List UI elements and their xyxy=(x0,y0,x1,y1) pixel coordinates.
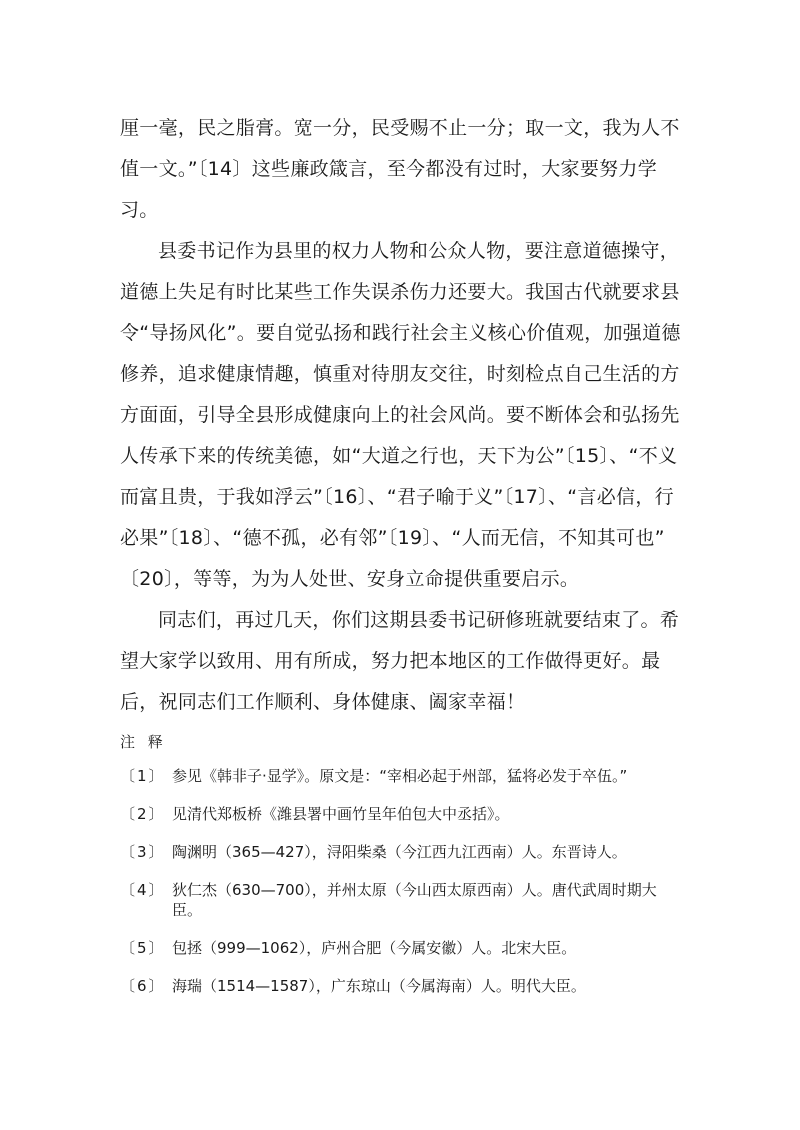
paragraph-1: 厘一毫，民之脂膏。宽一分，民受赐不止一分；取一文，我为人不 值一文。”〔14〕这… xyxy=(120,108,680,231)
note-number: 〔1〕 xyxy=(120,766,172,786)
text-line: 县委书记作为县里的权力人物和公众人物，要注意道德操守， xyxy=(120,231,680,272)
note-text: 包拯（999—1062），庐州合肥（今属安徽）人。北宋大臣。 xyxy=(172,938,680,958)
note-text: 狄仁杰（630—700），并州太原（今山西太原西南）人。唐代武周时期大臣。 xyxy=(172,880,680,920)
note-number: 〔5〕 xyxy=(120,938,172,958)
text-line: 修养，追求健康情趣，慎重对待朋友交往，时刻检点自己生活的方 xyxy=(120,354,680,395)
text-line: 而富且贵，于我如浮云”〔16〕、“君子喻于义”〔17〕、“言必信，行 xyxy=(120,477,680,518)
note-text: 见清代郑板桥《潍县署中画竹呈年伯包大中丞括》。 xyxy=(172,804,680,824)
note-item: 〔2〕 见清代郑板桥《潍县署中画竹呈年伯包大中丞括》。 xyxy=(120,804,680,824)
note-item: 〔6〕 海瑞（1514—1587），广东琼山（今属海南）人。明代大臣。 xyxy=(120,976,680,996)
text-line: 值一文。”〔14〕这些廉政箴言，至今都没有过时，大家要努力学 xyxy=(120,149,680,190)
text-line: 厘一毫，民之脂膏。宽一分，民受赐不止一分；取一文，我为人不 xyxy=(120,108,680,149)
text-line: 必果”〔18〕、“德不孤，必有邻”〔19〕、“人而无信，不知其可也” xyxy=(120,518,680,559)
note-number: 〔2〕 xyxy=(120,804,172,824)
text-line: 后，祝同志们工作顺利、身体健康、阖家幸福！ xyxy=(120,682,680,723)
notes-heading: 注 释 xyxy=(120,731,680,752)
note-number: 〔4〕 xyxy=(120,880,172,920)
note-item: 〔1〕 参见《韩非子·显学》。原文是：“宰相必起于州部，猛将必发于卒伍。” xyxy=(120,766,680,786)
text-line: 人传承下来的传统美德，如“大道之行也，天下为公”〔15〕、“不义 xyxy=(120,436,680,477)
document-page: 厘一毫，民之脂膏。宽一分，民受赐不止一分；取一文，我为人不 值一文。”〔14〕这… xyxy=(120,108,680,1014)
note-text: 陶渊明（365—427），浔阳柴桑（今江西九江西南）人。东晋诗人。 xyxy=(172,842,680,862)
text-line: 〔20〕，等等，为为人处世、安身立命提供重要启示。 xyxy=(120,559,680,600)
text-line: 道德上失足有时比某些工作失误杀伤力还要大。我国古代就要求县 xyxy=(120,272,680,313)
paragraph-2: 县委书记作为县里的权力人物和公众人物，要注意道德操守， 道德上失足有时比某些工作… xyxy=(120,231,680,600)
note-text: 海瑞（1514—1587），广东琼山（今属海南）人。明代大臣。 xyxy=(172,976,680,996)
note-item: 〔3〕 陶渊明（365—427），浔阳柴桑（今江西九江西南）人。东晋诗人。 xyxy=(120,842,680,862)
note-number: 〔3〕 xyxy=(120,842,172,862)
text-line: 望大家学以致用、用有所成，努力把本地区的工作做得更好。最 xyxy=(120,641,680,682)
text-line: 同志们，再过几天，你们这期县委书记研修班就要结束了。希 xyxy=(120,600,680,641)
note-item: 〔4〕 狄仁杰（630—700），并州太原（今山西太原西南）人。唐代武周时期大臣… xyxy=(120,880,680,920)
text-line: 令“导扬风化”。要自觉弘扬和践行社会主义核心价值观，加强道德 xyxy=(120,313,680,354)
text-line: 方面面，引导全县形成健康向上的社会风尚。要不断体会和弘扬先 xyxy=(120,395,680,436)
note-text: 参见《韩非子·显学》。原文是：“宰相必起于州部，猛将必发于卒伍。” xyxy=(172,766,680,786)
paragraph-3: 同志们，再过几天，你们这期县委书记研修班就要结束了。希 望大家学以致用、用有所成… xyxy=(120,600,680,723)
note-item: 〔5〕 包拯（999—1062），庐州合肥（今属安徽）人。北宋大臣。 xyxy=(120,938,680,958)
text-line: 习。 xyxy=(120,190,680,231)
note-number: 〔6〕 xyxy=(120,976,172,996)
